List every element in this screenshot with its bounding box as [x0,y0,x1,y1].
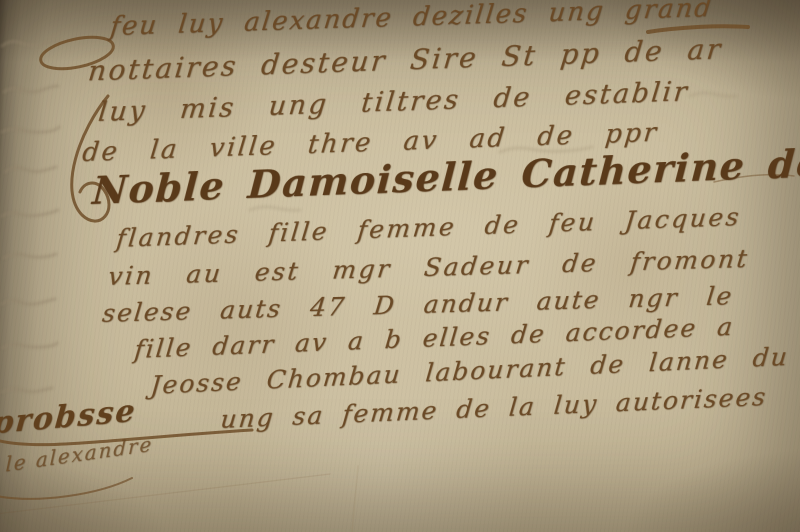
manuscript-line-6: flandres fille femme de feu Jacques [115,202,743,253]
margin-note-1: probsse [0,393,138,441]
manuscript-photo: feu luy alexandre dezilles ung grand not… [0,0,800,532]
